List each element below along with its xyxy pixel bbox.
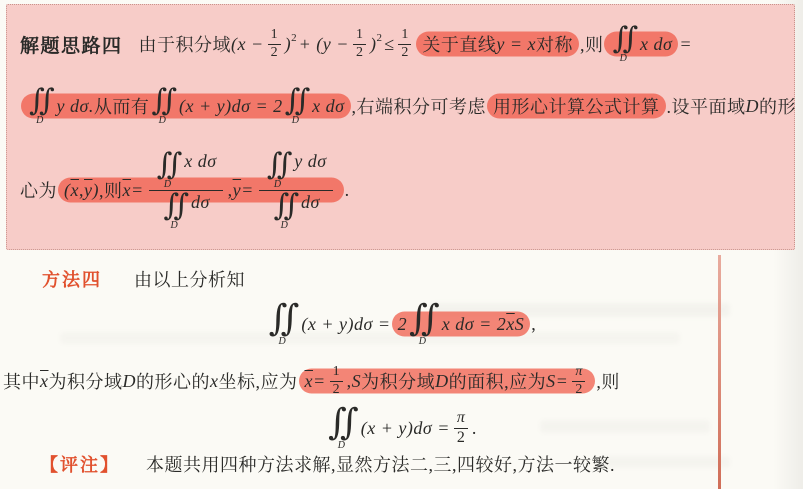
fraction-one-half: 12 xyxy=(268,27,281,60)
solution-idea-box: 解题思路四 由于积分域 (x − 12 )2 + (y − 12 )2 ≤ 12… xyxy=(6,4,795,250)
fraction-pi-half: π2 xyxy=(454,409,468,447)
highlight-mark: 用形心计算公式计算 xyxy=(487,93,666,119)
text: 由以上分析知 xyxy=(134,266,245,292)
double-integral-icon: ∬D xyxy=(157,151,183,189)
box-line-1: 解题思路四 由于积分域 (x − 12 )2 + (y − 12 )2 ≤ 12… xyxy=(20,11,781,77)
x-bar: x xyxy=(305,371,314,392)
fraction-one-half: 12 xyxy=(353,27,366,60)
box-title: 解题思路四 xyxy=(20,31,123,58)
equation-2: ∬D (x + y)dσ = π2 . xyxy=(0,402,803,454)
highlight-mark: 关于直线 y = x 对称 xyxy=(416,31,579,57)
fraction-one-half: 12 xyxy=(330,364,343,397)
math: (x + y)dσ = xyxy=(361,418,450,439)
math: x xyxy=(210,371,219,392)
fraction-pi-half: π2 xyxy=(572,364,585,397)
exponent: 2 xyxy=(291,32,297,44)
double-integral-icon: ∬D xyxy=(29,87,55,125)
method-four-row: 方法四 由以上分析知 xyxy=(0,266,803,292)
double-integral-icon: ∬D xyxy=(409,302,440,346)
math: (x − xyxy=(231,34,264,55)
double-integral-icon: ∬D xyxy=(163,192,189,230)
centroid-fraction-y: ∬D y dσ ∬D dσ xyxy=(259,150,333,231)
exponent: 2 xyxy=(376,32,382,44)
text: 的形心的 xyxy=(136,368,210,394)
double-integral-icon: ∬D xyxy=(151,87,177,125)
text: 心为 xyxy=(20,177,57,203)
text: ,右端积分可考虑 xyxy=(352,93,487,119)
double-integral-icon: ∬D xyxy=(267,151,293,189)
text: ,则 xyxy=(596,368,620,394)
text: 坐标,应为 xyxy=(219,368,298,394)
equals-sign: = xyxy=(679,34,692,55)
highlight-mark: 2 ∬D x dσ = 2 x S xyxy=(392,302,531,346)
double-integral-icon: ∬D xyxy=(285,87,311,125)
text: .设平面域 xyxy=(667,93,746,119)
centroid-fraction-x: ∬D x dσ ∬D dσ xyxy=(149,150,223,231)
math: D xyxy=(123,371,137,392)
y-bar: y xyxy=(84,180,93,201)
double-integral-icon: ∬D xyxy=(273,192,299,230)
highlight-mark: ( x , y ) ,则 x = ∬D x dσ ∬D dσ xyxy=(58,150,344,231)
box-line-3: 心为 ( x , y ) ,则 x = ∬D x dσ ∬D dσ xyxy=(20,135,781,245)
math: D xyxy=(746,96,760,117)
double-integral-icon: ∬D xyxy=(269,302,300,346)
remark-text: 本题共用四种方法求解,显然方法二,三,四较好,方法一较繁. xyxy=(146,451,615,477)
remark-row: 【评注】 本题共用四种方法求解,显然方法二,三,四较好,方法一较繁. xyxy=(0,450,803,478)
leq-sign: ≤ xyxy=(384,34,394,55)
method-four-label: 方法四 xyxy=(42,266,102,292)
text: 的形 xyxy=(759,93,796,119)
fraction-one-half: 12 xyxy=(398,27,411,60)
x-bar: x xyxy=(506,314,515,335)
text: 由于积分域 xyxy=(139,31,232,57)
remark-label: 【评注】 xyxy=(40,451,120,477)
double-integral-icon: ∬D xyxy=(328,406,359,450)
highlight-mark: ∬D x dσ xyxy=(604,25,678,63)
paragraph-row: 其中 x 为积分域 D 的形心的 x 坐标,应为 x = 12 , S 为积分域… xyxy=(0,358,803,404)
box-line-2: ∬D y dσ. 从而有 ∬D (x + y)dσ = 2 ∬D x dσ ,右… xyxy=(20,77,781,135)
text: 为积分域 xyxy=(49,368,123,394)
x-bar: x xyxy=(40,371,49,392)
x-bar: x xyxy=(123,180,132,201)
text: . xyxy=(345,180,350,201)
x-bar: x xyxy=(71,180,80,201)
y-bar: y xyxy=(233,180,242,201)
math: (x + y)dσ = xyxy=(301,314,390,335)
textbook-page: 解题思路四 由于积分域 (x − 12 )2 + (y − 12 )2 ≤ 12… xyxy=(0,0,803,489)
text: 其中 xyxy=(3,368,40,394)
highlight-mark: ∬D y dσ. 从而有 ∬D (x + y)dσ = 2 ∬D x dσ xyxy=(21,87,351,125)
double-integral-icon: ∬D xyxy=(612,25,638,63)
equation-1: ∬D (x + y)dσ = 2 ∬D x dσ = 2 x S , xyxy=(0,292,803,356)
text: , xyxy=(531,314,536,335)
math: + (y − xyxy=(299,34,349,55)
text: . xyxy=(472,418,477,439)
text: ,则 xyxy=(580,31,604,57)
highlight-mark: x = 12 , S 为积分域 D 的面积,应为 S = π2 xyxy=(299,364,596,397)
